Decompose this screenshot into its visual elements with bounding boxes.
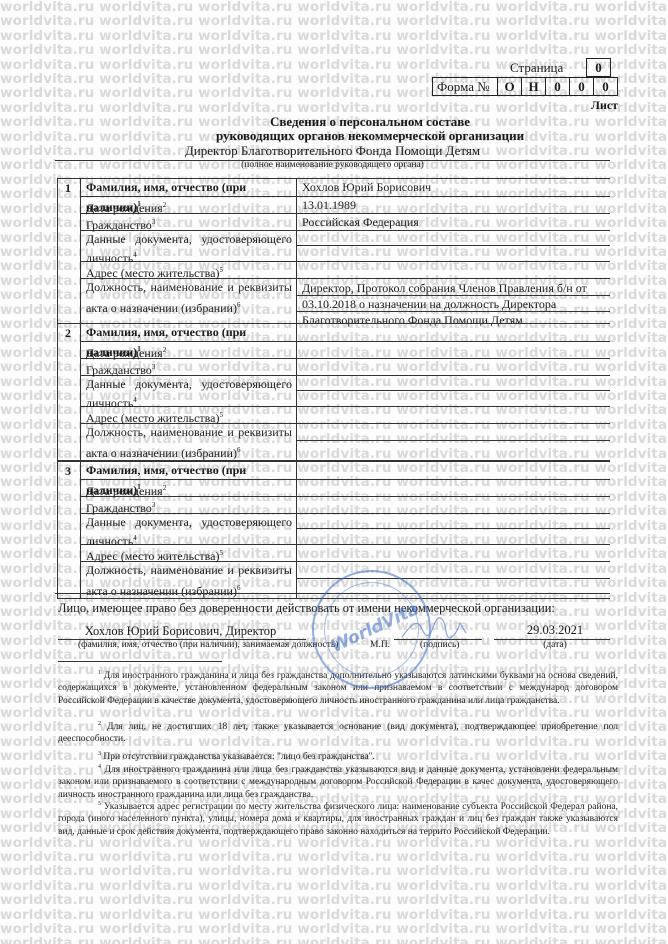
field-label-position-line2: акта о назначении (избрании)6	[86, 297, 292, 317]
signature-date: 29.03.2021	[500, 623, 610, 638]
field-label-text: Адрес (место жительства)	[86, 549, 220, 563]
field-label-document-line1: Данные документа, удостоверяющего	[86, 514, 292, 531]
footnote-ref: 4	[133, 251, 137, 259]
field-label-document-line1: Данные документа, удостоверяющего	[86, 231, 292, 248]
footnote-text: Для лиц, не достигших 18 лет, также указ…	[58, 722, 618, 744]
person-number: 3	[57, 464, 79, 479]
table-border	[80, 323, 81, 460]
field-label-position-line1: Должность, наименование и реквизиты	[86, 279, 292, 296]
signatory-intro: Лицо, имеющее право без доверенности дей…	[58, 601, 555, 616]
footnote-ref: 5	[220, 549, 224, 557]
governing-body-hint: (полное наименование руководящего органа…	[55, 160, 610, 170]
signature-hint: (подпись)	[420, 640, 459, 650]
field-label-text: Гражданство	[86, 363, 152, 377]
footnote-ref: 6	[237, 301, 241, 309]
field-label-text: акта о назначении (избрании)	[86, 584, 237, 598]
footnote-indent	[58, 802, 98, 812]
footnote-ref: 4	[133, 396, 137, 404]
table-border	[296, 461, 610, 462]
document-title-line2: руководящих органов некоммерческой орган…	[0, 128, 668, 144]
value-line	[296, 578, 610, 579]
page-label: Страница	[510, 60, 563, 76]
table-border	[296, 178, 297, 323]
form-number-box: Форма № О Н 0 0 0	[432, 77, 618, 96]
value-line	[296, 440, 610, 441]
field-label-text: акта о назначении (избрании)	[86, 301, 237, 315]
table-border	[80, 461, 81, 598]
value-line	[296, 528, 610, 529]
person-number: 2	[57, 326, 79, 341]
field-label-position-line2: акта о назначении (избрании)6	[86, 442, 292, 462]
field-label-position-line1: Должность, наименование и реквизиты	[86, 562, 292, 579]
footnote-text: Для иностранного гражданина и лица без г…	[58, 671, 618, 705]
form-code-char: 0	[546, 78, 570, 96]
signatory-name: Хохлов Юрий Борисович, Директор	[58, 624, 303, 639]
signatory-name-hint: (фамилия, имя, отчество (при наличии), з…	[78, 640, 338, 650]
field-label-text: акта о назначении (избрании)	[86, 446, 237, 460]
footnote-ref: 3	[152, 218, 156, 226]
footnote-indent	[58, 722, 98, 732]
person-position-value[interactable]: 03.10.2018 о назначении на должность Дир…	[302, 296, 612, 312]
field-label-text: Гражданство	[86, 218, 152, 232]
field-label-text: Адрес (место жительства)	[86, 266, 220, 280]
form-label: Форма №	[433, 78, 498, 96]
field-label-text: Дата рождения	[86, 346, 163, 360]
handwritten-signature	[400, 615, 470, 641]
governing-body-name: Директор Благотворительного Фонда Помощи…	[55, 143, 610, 161]
footnote-ref: 2	[163, 346, 167, 354]
table-border	[57, 178, 58, 323]
person-position-value[interactable]: Благотворительного Фонда Помощи Детям	[302, 312, 612, 328]
form-code-char: 0	[594, 78, 618, 96]
footnote-ref: 2	[163, 201, 167, 209]
form-code-char: О	[498, 78, 522, 96]
footnote-text: Указывается адрес регистрации по месту ж…	[58, 802, 618, 836]
field-label-text: Дата рождения	[86, 484, 163, 498]
value-line	[296, 390, 610, 391]
footnote: 2 Для лиц, не достигших 18 лет, также ук…	[58, 718, 618, 746]
footnote-indent	[58, 765, 98, 775]
field-label-position-line2: акта о назначении (избрании)6	[86, 580, 292, 600]
footnote-ref: 2	[163, 484, 167, 492]
footnote-indent	[58, 671, 98, 681]
table-border	[80, 178, 81, 323]
footnote-ref: 3	[152, 501, 156, 509]
table-border	[57, 461, 58, 598]
person-position-value[interactable]: Директор, Протокол собрания Членов Правл…	[302, 280, 612, 296]
footnote-number: 5	[98, 801, 101, 807]
person-birth-value[interactable]: 13.01.1989	[302, 197, 612, 213]
divider	[55, 593, 610, 594]
seal-label: М.П.	[370, 640, 390, 650]
field-label-text: Адрес (место жительства)	[86, 411, 220, 425]
footnote-separator	[58, 661, 222, 662]
person-citizenship-value[interactable]: Российская Федерация	[302, 214, 612, 230]
field-label-text: Гражданство	[86, 501, 152, 515]
field-label-document-line1: Данные документа, удостоверяющего	[86, 376, 292, 393]
value-line	[296, 245, 610, 246]
table-border	[57, 598, 80, 599]
footnote-number: 3	[98, 751, 101, 757]
date-hint: (дата)	[500, 640, 610, 650]
footnote-ref: 6	[237, 446, 241, 454]
footnote-ref: 6	[237, 584, 241, 592]
field-label-text: Дата рождения	[86, 201, 163, 215]
footnote: 4 Для иностранного гражданина или лица б…	[58, 761, 618, 801]
footnote-number: 4	[98, 764, 101, 770]
footnote-ref: 4	[133, 534, 137, 542]
person-number: 1	[57, 181, 79, 196]
footnote-number: 2	[98, 721, 101, 727]
table-border	[296, 323, 610, 324]
form-code-char: Н	[522, 78, 546, 96]
page-number-box: 0	[586, 58, 611, 77]
footnote: 5 Указывается адрес регистрации по месту…	[58, 798, 618, 838]
footnote-ref: 5	[220, 411, 224, 419]
footnote-ref: 5	[220, 266, 224, 274]
sheet-label: Лист	[591, 98, 618, 113]
footnote: 1 Для иностранного гражданина и лица без…	[58, 667, 618, 707]
field-label-position-line1: Должность, наименование и реквизиты	[86, 424, 292, 441]
footnote-number: 1	[98, 670, 101, 676]
footnote-text: Для иностранного гражданина или лица без…	[58, 765, 618, 799]
table-border	[57, 323, 58, 460]
page-number-value: 0	[587, 59, 611, 77]
person-fio-value[interactable]: Хохлов Юрий Борисович	[302, 179, 612, 195]
footnote-ref: 3	[152, 363, 156, 371]
form-code-char: 0	[570, 78, 594, 96]
